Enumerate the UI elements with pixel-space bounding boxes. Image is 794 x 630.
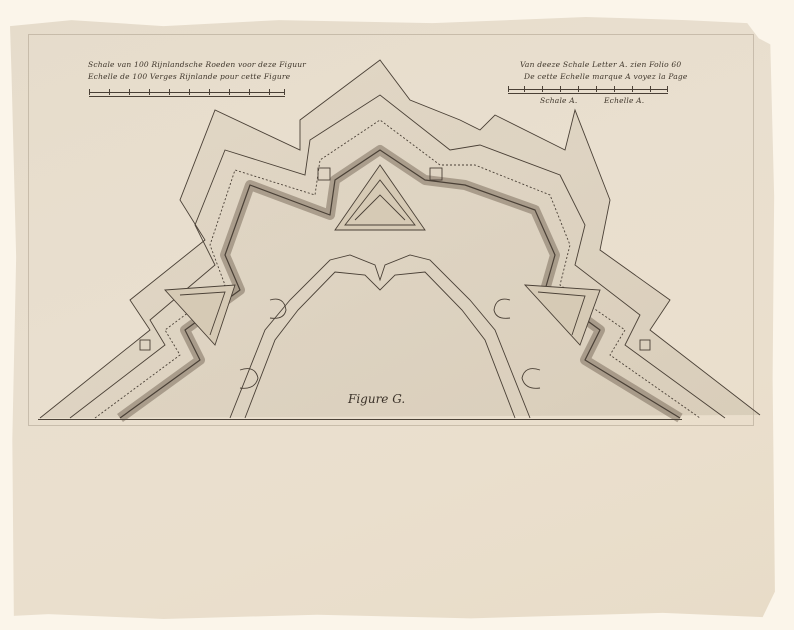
fortification-plan: [0, 0, 794, 630]
plate-baseline: [38, 419, 682, 420]
figure-label: Figure G.: [348, 392, 405, 406]
